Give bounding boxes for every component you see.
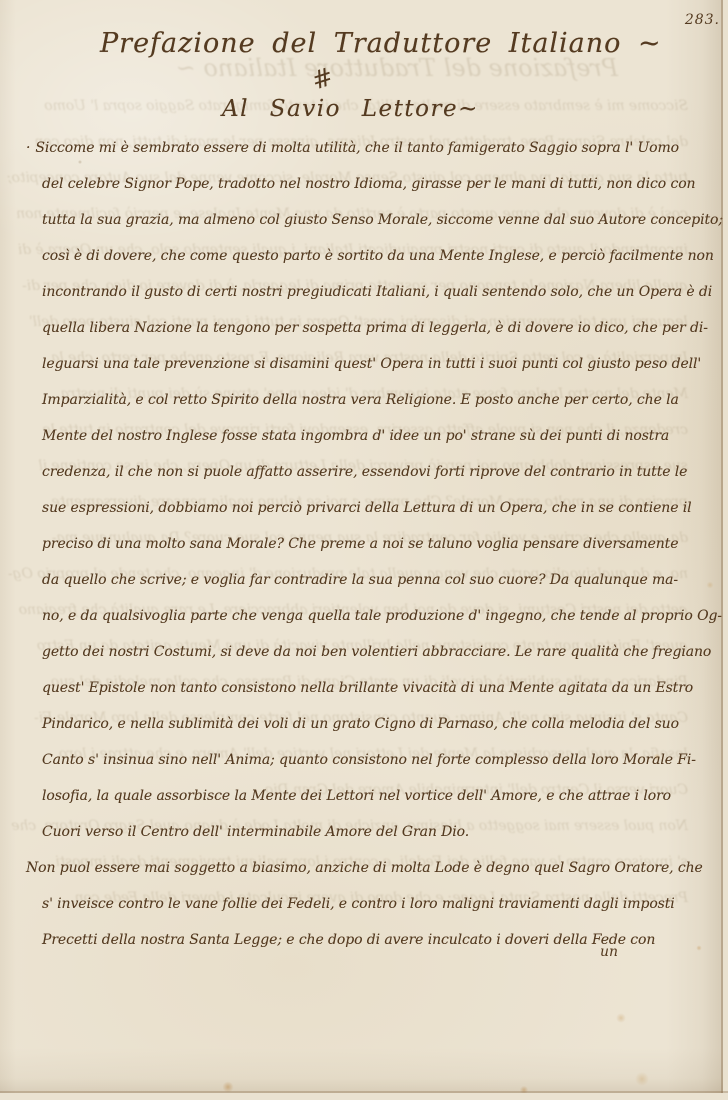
section-divider-mark: # xyxy=(308,61,337,95)
manuscript-line: tutta la sua grazia, ma almeno col giust… xyxy=(42,202,728,238)
manuscript-line: preciso di una molto sana Morale? Che pr… xyxy=(42,526,728,562)
manuscript-line: Pindarico, e nella sublimità dei voli di… xyxy=(42,706,728,742)
manuscript-line: Canto s' insinua sino nell' Anima; quant… xyxy=(42,742,728,778)
page-title: Prefazione del Traduttore Italiano ~ xyxy=(100,28,662,59)
manuscript-line: Non puol essere mai soggetto a biasimo, … xyxy=(26,850,728,886)
manuscript-line: incontrando il gusto di certi nostri pre… xyxy=(42,274,728,310)
manuscript-line: getto dei nostri Costumi, si deve da noi… xyxy=(42,634,728,670)
manuscript-line: quest' Epistole non tanto consistono nel… xyxy=(42,670,728,706)
page-bottom-margin-strip xyxy=(0,1093,728,1100)
manuscript-line: ·Siccome mi è sembrato essere di molta u… xyxy=(26,130,728,166)
manuscript-line: Imparzialità, e col retto Spirito della … xyxy=(42,382,728,418)
manuscript-line: sue espressioni, dobbiamo noi perciò pri… xyxy=(42,490,728,526)
manuscript-line: da quello che scrive; e voglia far contr… xyxy=(42,562,728,598)
manuscript-line: credenza, il che non si puole affatto as… xyxy=(42,454,728,490)
manuscript-line: losofia, la quale assorbisce la Mente de… xyxy=(42,778,728,814)
manuscript-line: Precetti della nostra Santa Legge; e che… xyxy=(42,922,728,958)
manuscript-line: così è di dovere, che come questo parto … xyxy=(42,238,728,274)
manuscript-line: Mente del nostro Inglese fosse stata ing… xyxy=(42,418,728,454)
manuscript-line: quella libera Nazione la tengono per sos… xyxy=(42,310,728,346)
section-heading: Al Savio Lettore~ xyxy=(222,96,479,122)
manuscript-line: Cuori verso il Centro dell' interminabil… xyxy=(42,814,728,850)
manuscript-line: leguarsi una tale prevenzione si disamin… xyxy=(42,346,728,382)
catchword: un xyxy=(600,944,618,960)
page-right-margin-strip xyxy=(723,0,728,1100)
manuscript-line: s' inveisce contro le vane follie dei Fe… xyxy=(42,886,728,922)
manuscript-line: del celebre Signor Pope, tradotto nel no… xyxy=(42,166,728,202)
manuscript-body: ·Siccome mi è sembrato essere di molta u… xyxy=(0,130,728,958)
paragraph-mark: · xyxy=(26,140,30,156)
manuscript-page: Prefazione del Traduttore Italiano ~Sicc… xyxy=(0,0,728,1100)
folio-number: 283. xyxy=(685,12,720,28)
manuscript-line: no, e da qualsivoglia parte che venga qu… xyxy=(42,598,728,634)
